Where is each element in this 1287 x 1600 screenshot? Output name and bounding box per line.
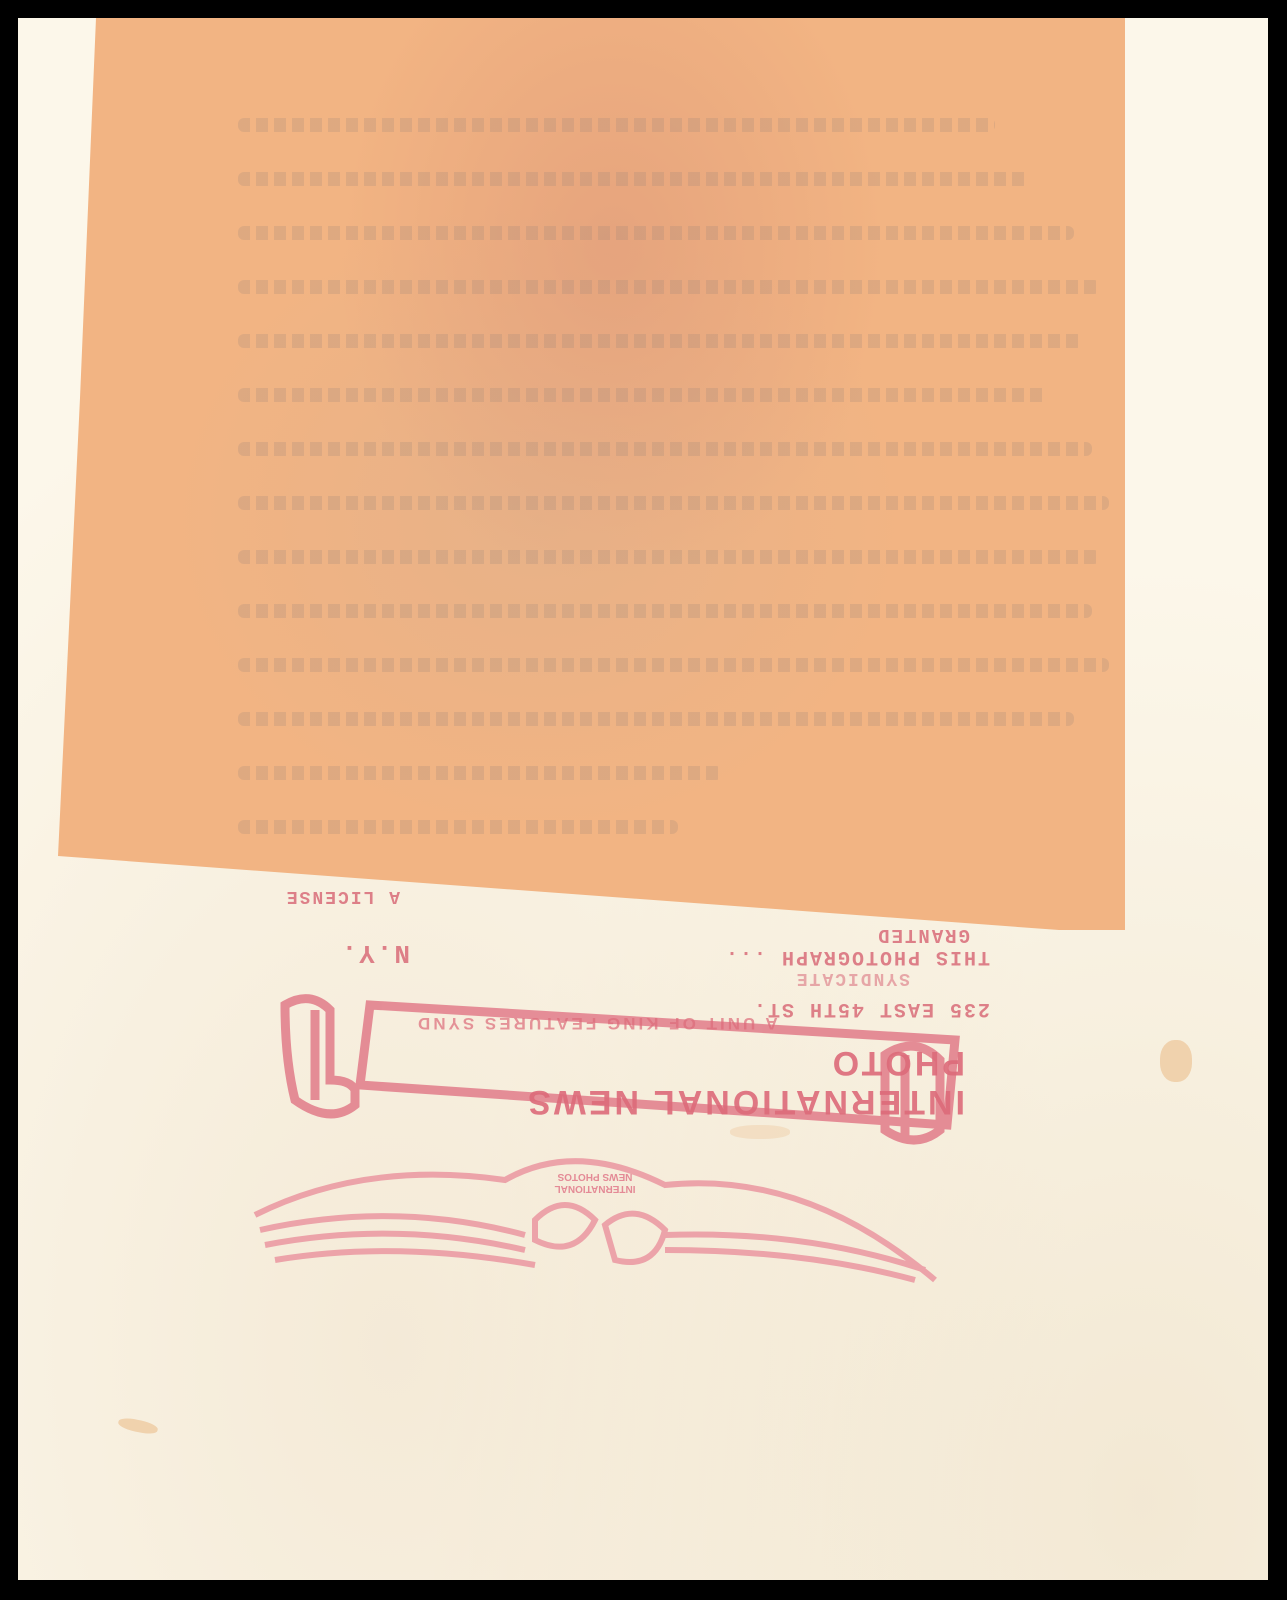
banner-subtitle: A UNIT OF KING FEATURES SYND	[415, 1013, 778, 1033]
caption-line	[238, 712, 1074, 726]
caption-line	[238, 550, 1100, 564]
caption-line	[238, 658, 1109, 672]
winged-emblem-icon	[245, 1140, 945, 1290]
emblem-text-line1: INTERNATIONAL	[555, 1183, 636, 1194]
caption-line	[238, 604, 1092, 618]
caption-line	[238, 388, 1048, 402]
stain-mark	[1160, 1040, 1192, 1082]
caption-line	[238, 118, 995, 132]
caption-line	[238, 442, 1092, 456]
caption-paper	[58, 18, 1125, 930]
caption-line	[238, 334, 1083, 348]
emblem-text: INTERNATIONAL NEWS PHOTOS	[535, 1170, 655, 1194]
emblem-text-line2: NEWS PHOTOS	[558, 1171, 633, 1182]
stain-mark	[730, 1125, 790, 1139]
caption-line	[238, 280, 1100, 294]
license-line-3: GRANTED	[876, 924, 970, 946]
caption-line	[238, 226, 1074, 240]
banner-stamp: INTERNATIONAL NEWS PHOTO A UNIT OF KING …	[275, 985, 965, 1145]
address-city: N.Y.	[340, 938, 410, 968]
caption-line	[238, 766, 722, 780]
caption-line	[238, 172, 1030, 186]
emblem-stamp: INTERNATIONAL NEWS PHOTOS	[245, 1140, 945, 1290]
banner-title: INTERNATIONAL NEWS PHOTO	[385, 1043, 965, 1121]
license-line-1: THIS PHOTOGRAPH ...	[724, 945, 990, 968]
license-line-4: A LICENSE	[285, 886, 400, 906]
caption-line	[238, 820, 678, 834]
caption-line	[238, 496, 1109, 510]
caption-text-lines	[238, 118, 1118, 874]
